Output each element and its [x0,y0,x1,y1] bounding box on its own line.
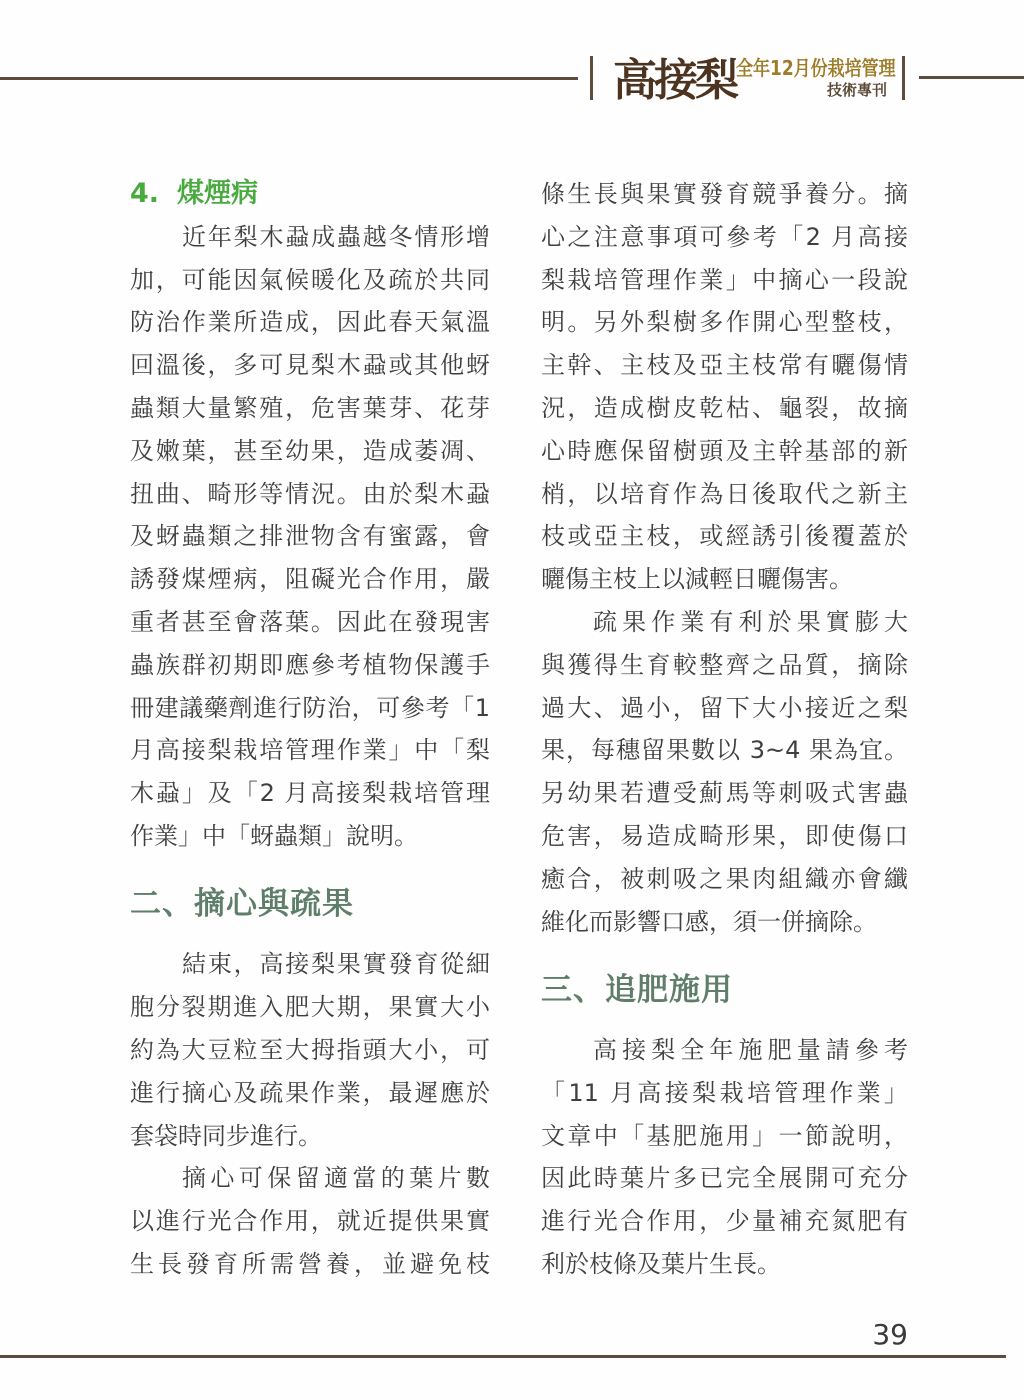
section-heading: 三、追肥施用 [541,943,908,1029]
text-line: 約為大豆粒至大拇指頭大小，可 [130,1029,490,1072]
text-line: 危害，易造成畸形果，即使傷口 [541,815,908,858]
heading-number: 4. [130,178,159,209]
header-divider-left [590,56,593,100]
header-divider-right [902,56,905,100]
text-line: 高接梨全年施肥量請參考 [541,1029,908,1072]
magazine-subtitle: 全年12月份栽培管理 [736,55,896,81]
footer-rule [0,1355,1006,1358]
text-line: 及嫩葉，甚至幼果，造成萎凋、 [130,430,490,473]
text-line: 明。另外梨樹多作開心型整枝， [541,301,908,344]
text-line: 梨栽培管理作業」中摘心一段說 [541,259,908,302]
text-line: 心之注意事項可參考「2 月高接 [541,216,908,259]
text-line: 加，可能因氣候暖化及疏於共同 [130,259,490,302]
text-line: 「11 月高接梨栽培管理作業」 [541,1072,908,1115]
magazine-edition: 技術專刊 [736,81,887,99]
text-line: 心時應保留樹頭及主幹基部的新 [541,430,908,473]
page-number: 39 [872,1318,908,1352]
text-line: 果，每穗留果數以 3~4 果為宜。 [541,729,908,772]
text-line: 利於枝條及葉片生長。 [541,1243,908,1286]
text-line: 主幹、主枝及亞主枝常有曬傷情 [541,344,908,387]
text-line: 癒合，被刺吸之果肉組織亦會纖 [541,858,908,901]
text-line: 進行摘心及疏果作業，最遲應於 [130,1072,490,1115]
header-rule-left [0,77,578,80]
text-line: 文章中「基肥施用」一節說明， [541,1115,908,1158]
text-line: 摘心可保留適當的葉片數 [130,1157,490,1200]
text-line: 扭曲、畸形等情況。由於梨木蝨 [130,473,490,516]
text-line: 胞分裂期進入肥大期，果實大小 [130,986,490,1029]
text-line: 誘發煤煙病，阻礙光合作用，嚴 [130,558,490,601]
heading-label: 煤煙病 [177,178,258,209]
text-line: 木蝨」及「2 月高接梨栽培管理 [130,772,490,815]
text-line: 及蚜蟲類之排泄物含有蜜露，會 [130,515,490,558]
section-heading: 二、摘心與疏果 [130,858,490,944]
text-line: 進行光合作用，少量補充氮肥有 [541,1200,908,1243]
text-line: 況，造成樹皮乾枯、龜裂，故摘 [541,387,908,430]
text-line: 梢，以培育作為日後取代之新主 [541,473,908,516]
text-line: 枝或亞主枝，或經誘引後覆蓋於 [541,515,908,558]
magazine-title: 高接梨 [613,56,736,106]
text-line: 疏果作業有利於果實膨大 [541,601,908,644]
text-line: 條生長與果實發育競爭養分。摘 [541,173,908,216]
header-rule-right [919,76,1024,79]
page-container: 高接梨 全年12月份栽培管理 技術專刊 4.煤煙病近年梨木蝨成蟲越冬情形增加，可… [0,0,1024,1400]
text-line: 過大、過小，留下大小接近之梨 [541,687,908,730]
column-left: 4.煤煙病近年梨木蝨成蟲越冬情形增加，可能因氣候暖化及疏於共同防治作業所造成，因… [130,173,490,1286]
text-line: 重者甚至會落葉。因此在發現害 [130,601,490,644]
text-line: 蟲類大量繁殖，危害葉芽、花芽 [130,387,490,430]
text-line: 套袋時同步進行。 [130,1115,490,1158]
text-line: 因此時葉片多已完全展開可充分 [541,1157,908,1200]
text-line: 結束，高接梨果實發育從細 [130,943,490,986]
text-line: 曬傷主枝上以減輕日曬傷害。 [541,558,908,601]
text-line: 以進行光合作用，就近提供果實 [130,1200,490,1243]
text-line: 月高接梨栽培管理作業」中「梨 [130,729,490,772]
text-line: 與獲得生育較整齊之品質，摘除 [541,644,908,687]
text-line: 近年梨木蝨成蟲越冬情形增 [130,216,490,259]
text-line: 維化而影響口感，須一併摘除。 [541,901,908,944]
column-right: 條生長與果實發育競爭養分。摘心之注意事項可參考「2 月高接梨栽培管理作業」中摘心… [541,173,908,1286]
text-line: 生長發育所需營養，並避免枝 [130,1243,490,1286]
text-line: 另幼果若遭受薊馬等刺吸式害蟲 [541,772,908,815]
text-line: 冊建議藥劑進行防治，可參考「1 [130,687,490,730]
numbered-section-heading: 4.煤煙病 [130,173,490,216]
text-line: 作業」中「蚜蟲類」說明。 [130,815,490,858]
text-line: 蟲族群初期即應參考植物保護手 [130,644,490,687]
text-line: 回溫後，多可見梨木蝨或其他蚜 [130,344,490,387]
text-line: 防治作業所造成，因此春天氣溫 [130,301,490,344]
